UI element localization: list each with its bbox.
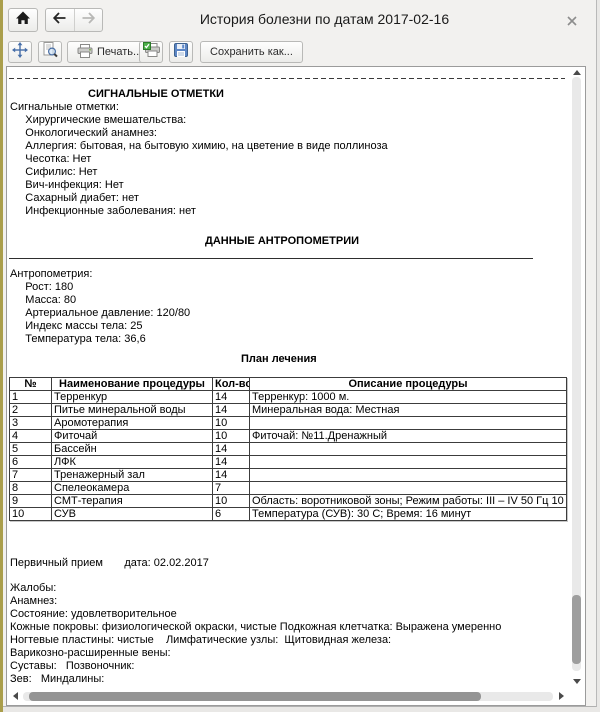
- table-cell: 14: [213, 443, 250, 456]
- table-cell: 10: [213, 417, 250, 430]
- scroll-up-icon[interactable]: [573, 70, 581, 75]
- table-header-row: № Наименование процедуры Кол-во Описание…: [10, 378, 567, 391]
- table-cell: 7: [10, 469, 52, 482]
- signal-heading: СИГНАЛЬНЫЕ ОТМЕТКИ: [7, 88, 585, 101]
- toolbar: Печать...: [3, 38, 596, 66]
- table-row: 10 СУВ 6 Температура (СУВ): 30 С; Время:…: [10, 508, 567, 521]
- treatment-plan-heading: План лечения: [7, 353, 585, 366]
- doc-line: Масса: 80: [7, 294, 585, 307]
- doc-line: Онкологический анамнез:: [7, 127, 585, 140]
- doc-line: Варикозно-расширенные вены:: [7, 647, 585, 660]
- table-row: 1 Терренкур 14 Терренкур: 1000 м.: [10, 391, 567, 404]
- table-row: 8 Спелеокамера 7: [10, 482, 567, 495]
- doc-line: Хирургические вмешательства:: [7, 114, 585, 127]
- doc-line: Индекс массы тела: 25: [7, 320, 585, 333]
- table-cell: [250, 417, 567, 430]
- table-cell: 8: [10, 482, 52, 495]
- doc-line: Суставы: Позвоночник:: [7, 660, 585, 673]
- report-content: СИГНАЛЬНЫЕ ОТМЕТКИ Сигнальные отметки: Х…: [7, 67, 585, 686]
- horizontal-scrollbar-thumb[interactable]: [29, 692, 481, 701]
- table-cell: Терренкур: [52, 391, 213, 404]
- forward-icon: [81, 11, 96, 29]
- doc-line: Аллергия: бытовая, на бытовую химию, на …: [7, 140, 585, 153]
- table-row: 9 СМТ-терапия 10 Область: воротниковой з…: [10, 495, 567, 508]
- table-cell: 14: [213, 404, 250, 417]
- table-cell: СМТ-терапия: [52, 495, 213, 508]
- table-row: 5 Бассейн 14: [10, 443, 567, 456]
- doc-line: Ногтевые пластины: чистые Лимфатические …: [7, 634, 585, 647]
- close-button[interactable]: [564, 14, 580, 30]
- save-button[interactable]: [169, 41, 193, 63]
- table-cell: [250, 469, 567, 482]
- table-cell: ЛФК: [52, 456, 213, 469]
- doc-line: Антропометрия:: [7, 268, 585, 281]
- home-button[interactable]: [8, 8, 38, 32]
- scroll-down-icon[interactable]: [573, 679, 581, 684]
- doc-line: Температура тела: 36,6: [7, 333, 585, 346]
- table-cell: Минеральная вода: Местная: [250, 404, 567, 417]
- table-cell: Аромотерапия: [52, 417, 213, 430]
- vertical-scrollbar-thumb[interactable]: [572, 595, 581, 664]
- preview-icon: [42, 42, 58, 63]
- home-icon: [15, 11, 31, 30]
- window: История болезни по датам 2017-02-16: [3, 0, 597, 707]
- primary-visit-line: Первичный прием дата: 02.02.2017: [7, 557, 585, 570]
- table-cell: 6: [213, 508, 250, 521]
- doc-line: Рост: 180: [7, 281, 585, 294]
- vertical-scrollbar-track[interactable]: [572, 77, 581, 671]
- table-cell: Фиточай: №11.Дренажный: [250, 430, 567, 443]
- print-button-label: Печать...: [97, 46, 142, 58]
- printer-icon: [77, 44, 93, 61]
- scroll-left-icon[interactable]: [13, 692, 18, 700]
- visit-details: Жалобы: Анамнез: Состояние: удовлетворит…: [7, 582, 585, 686]
- table-cell: 14: [213, 469, 250, 482]
- table-cell: 14: [213, 456, 250, 469]
- table-cell: [250, 482, 567, 495]
- table-cell: 10: [213, 495, 250, 508]
- table-cell: Температура (СУВ): 30 С; Время: 16 минут: [250, 508, 567, 521]
- doc-line: Зев: Миндалины:: [7, 673, 585, 686]
- nav-button-group: [45, 8, 103, 32]
- print-setup-icon: [143, 42, 160, 62]
- table-row: 2 Питье минеральной воды 14 Минеральная …: [10, 404, 567, 417]
- doc-line: Состояние: удовлетворительное: [7, 608, 585, 621]
- table-cell: 5: [10, 443, 52, 456]
- doc-line: Жалобы:: [7, 582, 585, 595]
- scroll-right-icon[interactable]: [559, 692, 564, 700]
- doc-line: Инфекционные заболевания: нет: [7, 205, 585, 218]
- table-cell: 2: [10, 404, 52, 417]
- doc-line: Сигнальные отметки:: [7, 101, 585, 114]
- table-header-cell: Наименование процедуры: [52, 378, 213, 391]
- doc-line: Чесотка: Нет: [7, 153, 585, 166]
- table-cell: Терренкур: 1000 м.: [250, 391, 567, 404]
- preview-button[interactable]: [38, 41, 62, 63]
- table-row: 4 Фиточай 10 Фиточай: №11.Дренажный: [10, 430, 567, 443]
- table-cell: 7: [213, 482, 250, 495]
- table-cell: Бассейн: [52, 443, 213, 456]
- table-cell: 14: [213, 391, 250, 404]
- table-cell: [250, 456, 567, 469]
- table-cell: 6: [10, 456, 52, 469]
- pan-button[interactable]: [8, 41, 32, 63]
- anthropometry-heading: ДАННЫЕ АНТРОПОМЕТРИИ: [7, 235, 585, 248]
- table-cell: 10: [213, 430, 250, 443]
- table-row: 3 Аромотерапия 10: [10, 417, 567, 430]
- doc-line: Сифилис: Нет: [7, 166, 585, 179]
- doc-line: Артериальное давление: 120/80: [7, 307, 585, 320]
- table-cell: Фиточай: [52, 430, 213, 443]
- save-icon: [174, 43, 188, 62]
- table-row: 6 ЛФК 14: [10, 456, 567, 469]
- table-row: 7 Тренажерный зал 14: [10, 469, 567, 482]
- print-setup-button[interactable]: [139, 41, 163, 63]
- titlebar: История болезни по датам 2017-02-16: [3, 0, 596, 38]
- table-cell: Тренажерный зал: [52, 469, 213, 482]
- section-separator: [9, 258, 533, 259]
- close-icon: [567, 13, 577, 31]
- table-header-cell: Описание процедуры: [250, 378, 567, 391]
- table-cell: [250, 443, 567, 456]
- table-cell: СУВ: [52, 508, 213, 521]
- doc-line: Сахарный диабет: нет: [7, 192, 585, 205]
- doc-line: Кожные покровы: физиологической окраски,…: [7, 621, 585, 634]
- table-cell: 1: [10, 391, 52, 404]
- table-header-cell: Кол-во: [213, 378, 250, 391]
- save-as-button-label: Сохранить как...: [210, 46, 293, 58]
- doc-line: Вич-инфекция: Нет: [7, 179, 585, 192]
- forward-button[interactable]: [74, 9, 103, 31]
- pan-icon: [12, 42, 28, 63]
- document-area: СИГНАЛЬНЫЕ ОТМЕТКИ Сигнальные отметки: Х…: [6, 66, 586, 706]
- back-button[interactable]: [46, 9, 74, 31]
- doc-line: Анамнез:: [7, 595, 585, 608]
- table-cell: Спелеокамера: [52, 482, 213, 495]
- treatment-plan-table: № Наименование процедуры Кол-во Описание…: [9, 377, 567, 521]
- table-cell: 3: [10, 417, 52, 430]
- table-cell: 9: [10, 495, 52, 508]
- table-cell: Область: воротниковой зоны; Режим работы…: [250, 495, 567, 508]
- table-cell: 4: [10, 430, 52, 443]
- table-header-cell: №: [10, 378, 52, 391]
- window-title: История болезни по датам 2017-02-16: [113, 11, 536, 27]
- table-cell: Питье минеральной воды: [52, 404, 213, 417]
- back-icon: [52, 11, 67, 29]
- table-cell: 10: [10, 508, 52, 521]
- save-as-button[interactable]: Сохранить как...: [200, 41, 303, 63]
